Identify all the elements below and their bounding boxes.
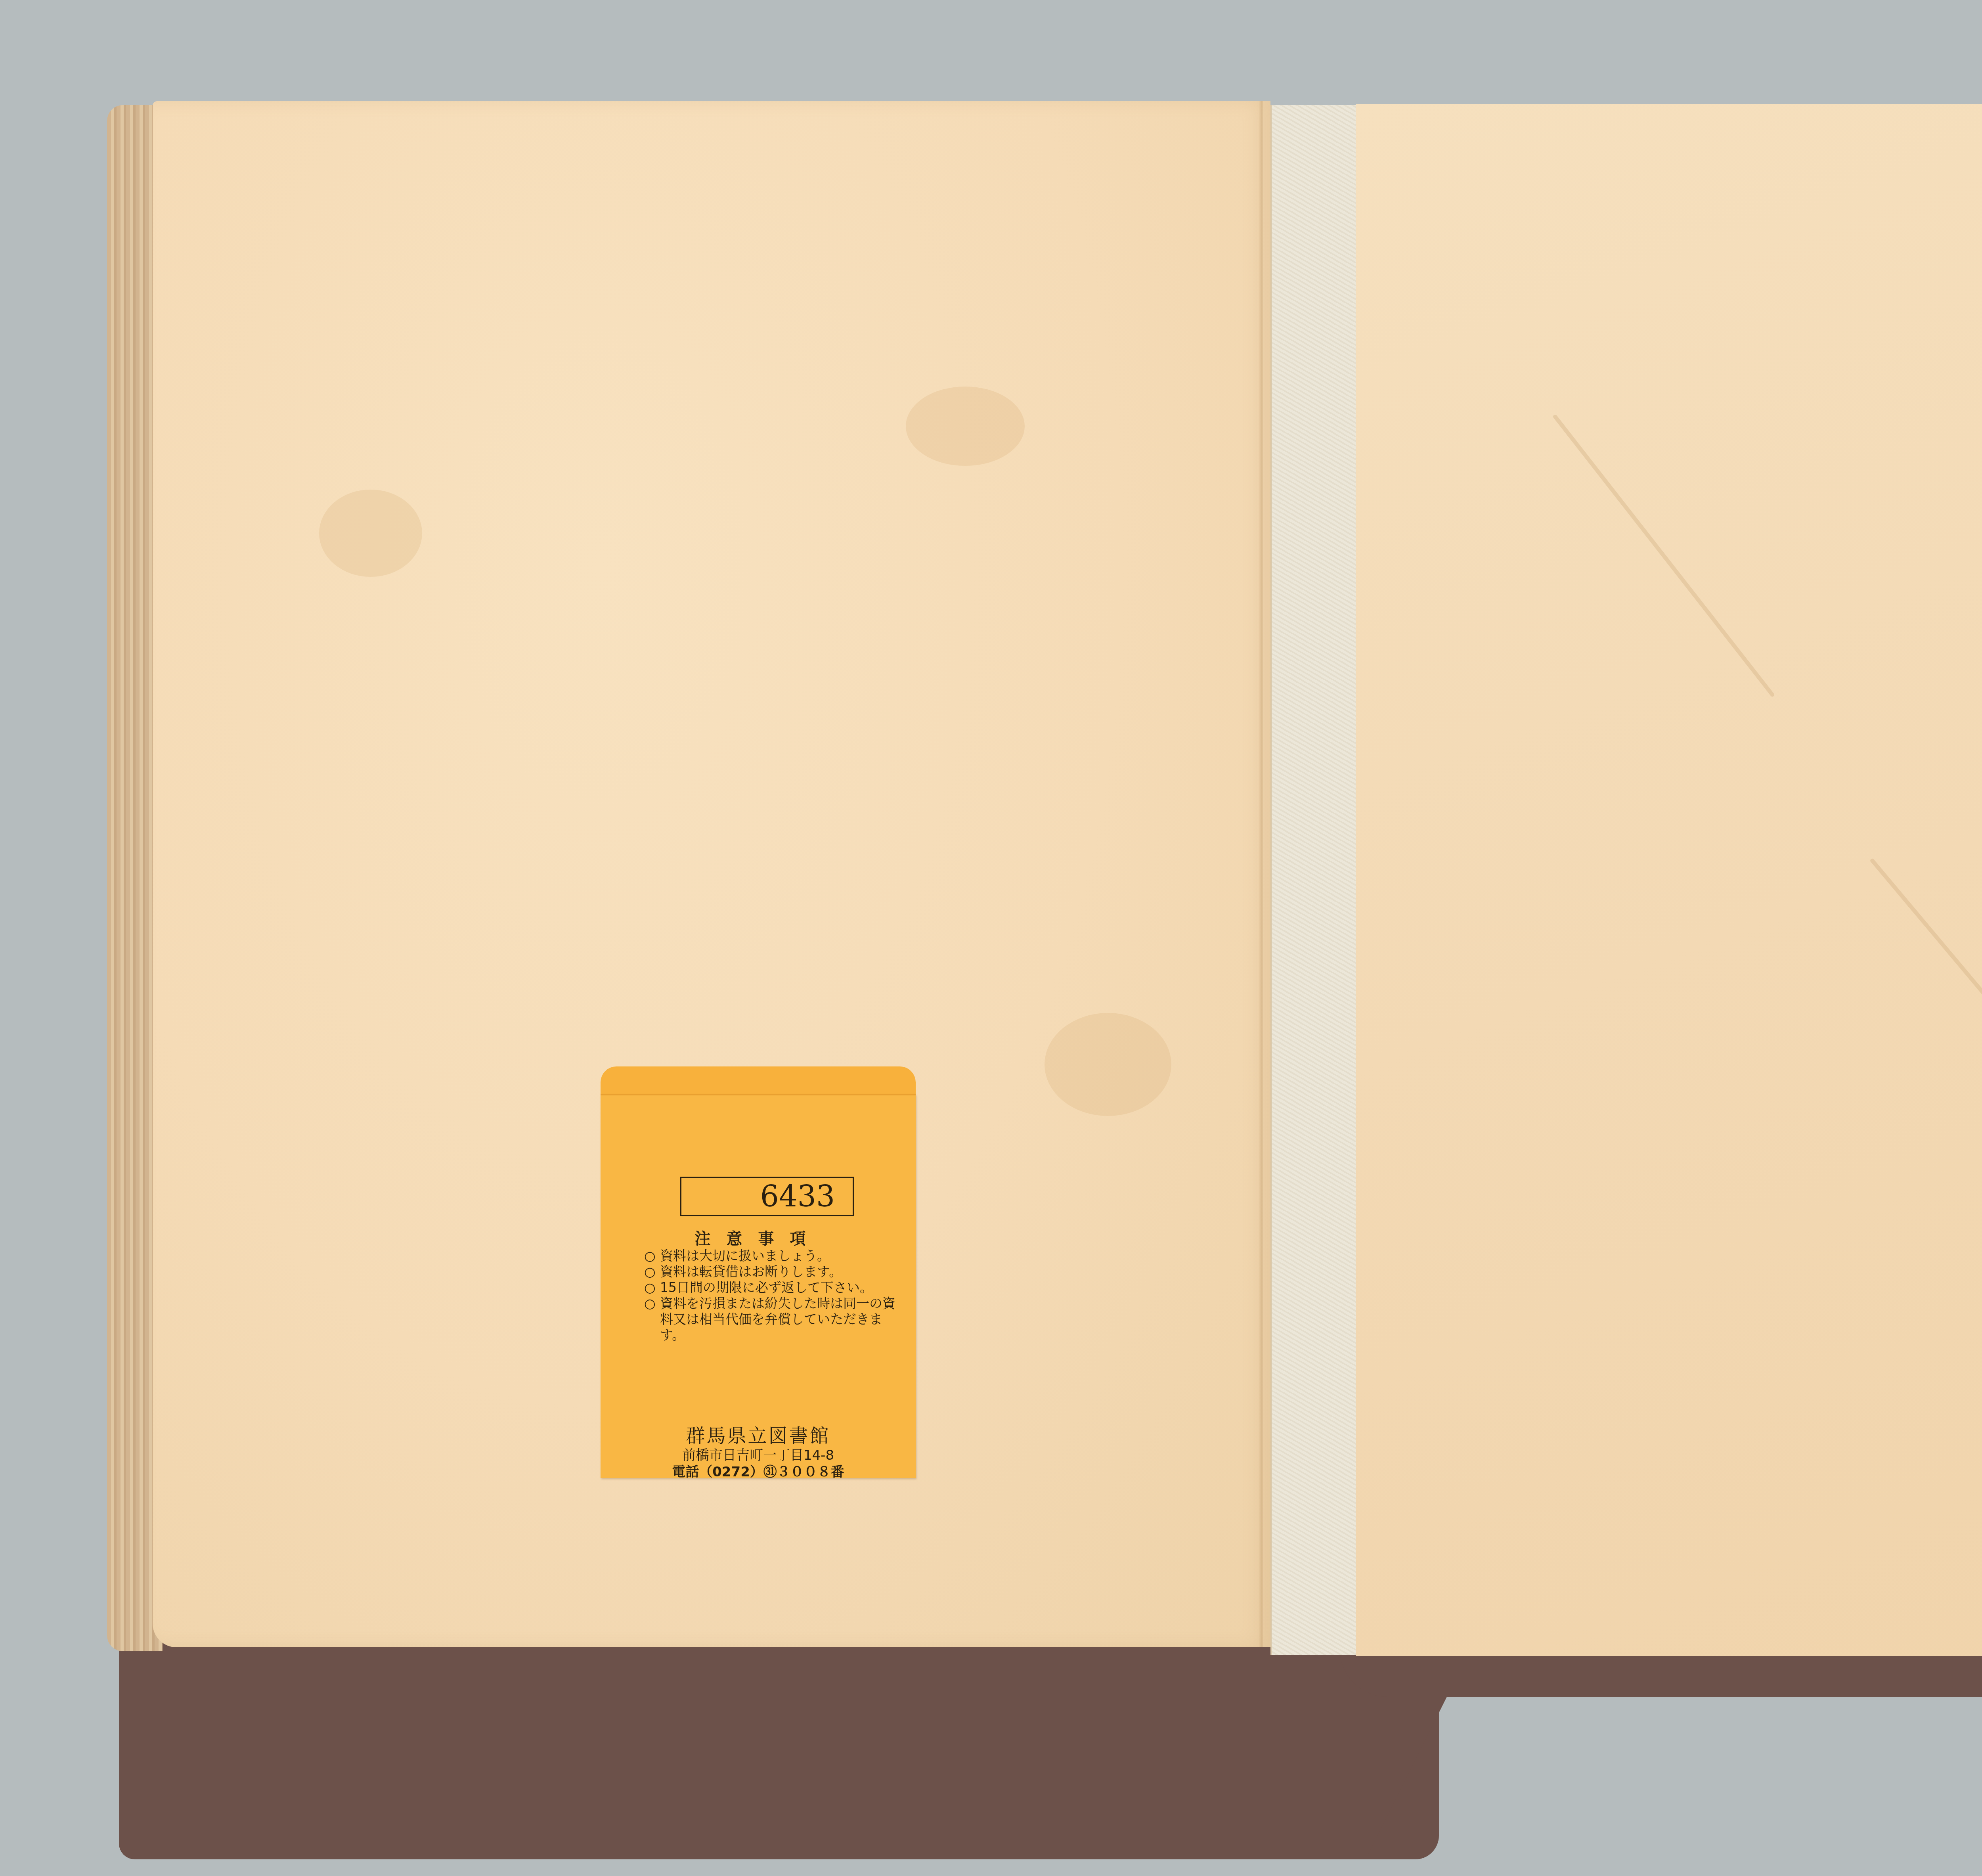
library-name: 群馬県立図書館: [601, 1420, 916, 1448]
rule-item: ○ 資料は大切に扱いましょう。: [644, 1248, 898, 1264]
library-card-pocket[interactable]: 6433 注意事項 ○ 資料は大切に扱いましょう。 ○ 資料は転貸借はお断りしま…: [601, 1094, 916, 1478]
scuff-mark: [1552, 414, 1775, 697]
notice-rules: ○ 資料は大切に扱いましょう。 ○ 資料は転貸借はお断りします。 ○ 15日間の…: [644, 1248, 898, 1343]
right-endpaper: [1356, 104, 1982, 1656]
foxing-stain: [319, 490, 422, 577]
rule-item: ○ 資料を汚損または紛失した時は同一の資料又は相当代価を弁償していただきます。: [644, 1296, 898, 1343]
book-shadow: [119, 1637, 1439, 1859]
rule-item: ○ 資料は転貸借はお断りします。: [644, 1264, 898, 1280]
card-number: 6433: [680, 1177, 854, 1216]
library-phone: 電話（0272）㉛３００８番: [601, 1461, 916, 1480]
circle-bullet-icon: ○: [644, 1248, 660, 1264]
circle-bullet-icon: ○: [644, 1280, 660, 1296]
notice-heading: 注意事項: [601, 1226, 916, 1249]
scuff-mark: [1869, 858, 1982, 1134]
gutter-fold: [1259, 101, 1263, 1647]
rule-item: ○ 15日間の期限に必ず返して下さい。: [644, 1280, 898, 1296]
circle-bullet-icon: ○: [644, 1296, 660, 1343]
spine-binding-tape: [1270, 105, 1357, 1655]
foxing-stain: [1045, 1013, 1171, 1116]
circle-bullet-icon: ○: [644, 1264, 660, 1280]
foxing-stain: [906, 387, 1025, 466]
